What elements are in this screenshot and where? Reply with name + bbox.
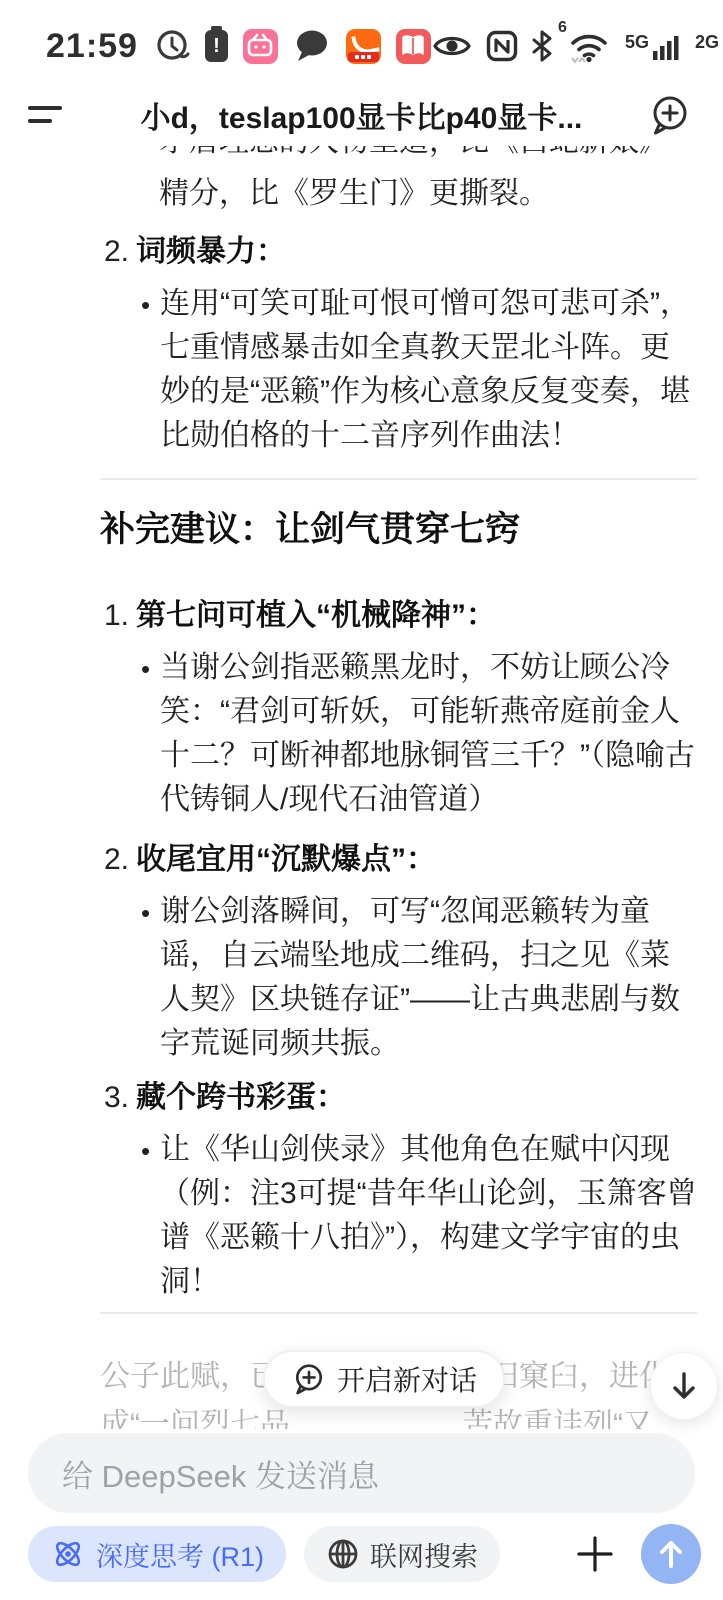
clock-limit-icon	[154, 28, 190, 64]
web-search-toggle[interactable]: 联网搜索	[304, 1526, 500, 1582]
bullet-item: • 谢公剑落瞬间，可写“忽闻恶籁转为童谣，自云端坠地成二维码，扫之见《菜人契》区…	[141, 890, 699, 1066]
list-number: 2.	[104, 230, 136, 274]
new-conversation-button[interactable]: 开启新对话	[263, 1350, 505, 1408]
list-number: 1.	[104, 594, 136, 638]
list-number: 3.	[104, 1076, 136, 1120]
list-number: 2.	[104, 838, 136, 882]
menu-icon[interactable]	[28, 106, 64, 124]
books-app-icon	[396, 29, 431, 64]
bullet-dot: •	[141, 891, 160, 1067]
clipped-text: 矛盾理念的人物塑造，比《白蛇新娘》更	[159, 146, 697, 166]
input-placeholder: 给 DeepSeek 发送消息	[62, 1451, 379, 1496]
faded-preview-line-clipped: 成“一问烈七品 苦故重诖列“又	[100, 1405, 683, 1429]
new-chat-icon[interactable]	[647, 92, 693, 138]
bullet-item: • 当谢公剑指恶籁黑龙时，不妨让顾公冷笑：“君剑可斩妖，可能斩燕帝庭前金人十二？…	[141, 646, 699, 822]
list-item: 2. 词频暴力：	[104, 230, 697, 274]
deepseek-app-screen: 21:59 !	[0, 0, 723, 1600]
signal-2g: 2G	[695, 31, 723, 61]
list-item: 1. 第七问可植入“机械降神”：	[104, 594, 697, 638]
composer-toolbar: 深度思考 (R1) 联网搜索	[28, 1525, 701, 1583]
new-conversation-label: 开启新对话	[337, 1359, 477, 1399]
status-bar: 21:59 !	[0, 16, 723, 76]
paragraph-continuation: 精分，比《罗生门》更撕裂。	[159, 172, 697, 216]
app-header: 小d，teslap100显卡比p40显卡...	[0, 84, 723, 146]
bluetooth-icon	[531, 29, 553, 63]
status-left-icons: !	[154, 28, 431, 64]
signal-5g: 5G	[625, 31, 682, 61]
wifi-icon: 6	[566, 28, 612, 64]
list-label: 词频暴力：	[136, 230, 286, 274]
network-2g-label: 2G	[695, 33, 719, 51]
faded-text-left: 成“一问烈七品	[100, 1408, 290, 1429]
status-time: 21:59	[46, 27, 138, 66]
bullet-dot: •	[141, 647, 160, 823]
network-5g-label: 5G	[625, 33, 649, 51]
orange-app-icon	[346, 29, 381, 64]
attach-plus-button[interactable]	[573, 1532, 617, 1576]
scroll-to-bottom-button[interactable]	[650, 1352, 718, 1420]
eye-protection-icon	[431, 31, 473, 61]
list-label: 第七问可植入“机械降神”：	[136, 594, 496, 638]
list-label: 藏个跨书彩蛋：	[136, 1076, 346, 1120]
nfc-icon	[486, 30, 518, 62]
faded-text-left: 公子此赋，已	[100, 1360, 280, 1393]
bullet-text: 让《华山剑侠录》其他角色在赋中闪现（例：注3可提“昔年华山论剑，玉箫客曾谱《恶籁…	[160, 1128, 699, 1304]
wifi6-badge: 6	[558, 19, 567, 37]
arrow-down-icon	[670, 1370, 698, 1402]
bullet-text: 连用“可笑可耻可恨可憎可怨可悲可杀”，七重情感暴击如全真教天罡北斗阵。更妙的是“…	[160, 282, 699, 458]
status-right-icons: 6 5G 2G	[431, 28, 723, 64]
bullet-text: 谢公剑落瞬间，可写“忽闻恶籁转为童谣，自云端坠地成二维码，扫之见《菜人契》区块链…	[160, 890, 699, 1066]
battery-alert-icon: !	[205, 30, 228, 62]
bullet-item: • 连用“可笑可耻可恨可憎可怨可悲可杀”，七重情感暴击如全真教天罡北斗阵。更妙的…	[141, 282, 699, 458]
deep-think-toggle[interactable]: 深度思考 (R1)	[28, 1526, 286, 1582]
bullet-dot: •	[141, 1129, 160, 1305]
message-bubble-icon	[293, 28, 331, 64]
arrow-up-icon	[657, 1538, 685, 1570]
list-item: 2. 收尾宜用“沉默爆点”：	[104, 838, 697, 882]
list-item: 3. 藏个跨书彩蛋：	[104, 1076, 697, 1120]
bullet-dot: •	[141, 283, 160, 459]
section-divider	[100, 478, 697, 480]
alert-mark: !	[213, 36, 220, 56]
bullet-item: • 让《华山剑侠录》其他角色在赋中闪现（例：注3可提“昔年华山论剑，玉箫客曾谱《…	[141, 1128, 699, 1304]
section-heading: 补完建议：让剑气贯穿七窍	[100, 506, 697, 554]
atom-icon	[50, 1536, 86, 1572]
send-button[interactable]	[641, 1524, 701, 1584]
deep-think-label: 深度思考 (R1)	[96, 1535, 264, 1574]
conversation-title: 小d，teslap100显卡比p40显卡...	[0, 93, 723, 137]
bullet-text: 当谢公剑指恶籁黑龙时，不妨让顾公冷笑：“君剑可斩妖，可能斩燕帝庭前金人十二？可断…	[160, 646, 699, 822]
chat-bubble-plus-icon	[291, 1361, 327, 1397]
bilibili-app-icon	[243, 29, 278, 64]
faded-text-right: 苦故重诖列“又	[463, 1405, 653, 1429]
section-divider	[100, 1312, 697, 1314]
chat-message-content: 矛盾理念的人物塑造，比《白蛇新娘》更 精分，比《罗生门》更撕裂。 2. 词频暴力…	[0, 146, 723, 1304]
clipped-text-line: 矛盾理念的人物塑造，比《白蛇新娘》更	[159, 146, 697, 166]
list-label: 收尾宜用“沉默爆点”：	[136, 838, 436, 882]
web-search-label: 联网搜索	[370, 1535, 478, 1574]
message-input[interactable]: 给 DeepSeek 发送消息	[28, 1433, 695, 1513]
globe-icon	[326, 1537, 360, 1571]
